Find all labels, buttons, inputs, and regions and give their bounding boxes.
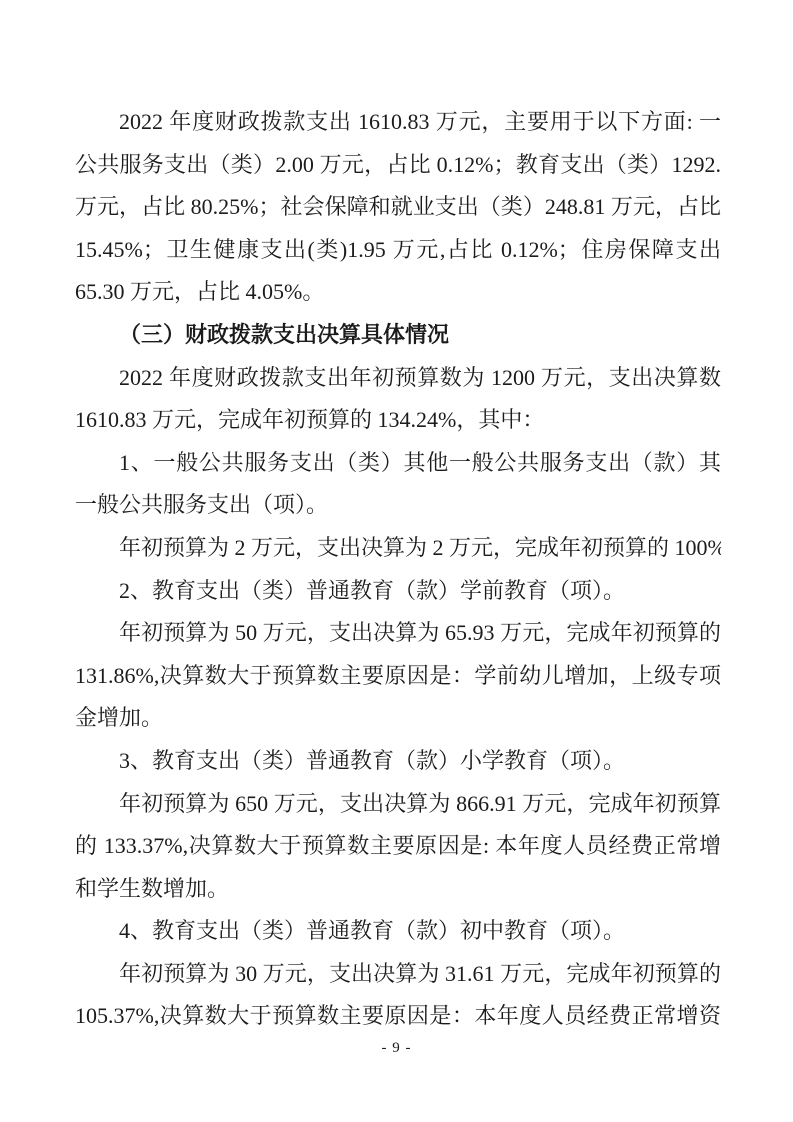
paragraph-line: 65.30 万元，占比 4.05%。 xyxy=(75,271,721,314)
list-item-2-line: 2、教育支出（类）普通教育（款）学前教育（项）。 xyxy=(75,570,721,613)
paragraph-line: 2022 年度财政拨款支出 1610.83 万元，主要用于以下方面: 一般 xyxy=(75,101,721,144)
list-item-1-line: 1、一般公共服务支出（类）其他一般公共服务支出（款）其他 xyxy=(75,442,721,485)
paragraph-line: 万元，占比 80.25%；社会保障和就业支出（类）248.81 万元，占比 xyxy=(75,186,721,229)
paragraph-line: 的 133.37%,决算数大于预算数主要原因是: 本年度人员经费正常增资 xyxy=(75,825,721,868)
paragraph-line: 公共服务支出（类）2.00 万元，占比 0.12%；教育支出（类）1292.77 xyxy=(75,144,721,187)
paragraph-line: 2022 年度财政拨款支出年初预算数为 1200 万元，支出决算数为 xyxy=(75,357,721,400)
paragraph-line: 131.86%,决算数大于预算数主要原因是：学前幼儿增加，上级专项资 xyxy=(75,655,721,698)
paragraph-line: 金增加。 xyxy=(75,697,721,740)
paragraph-line: 1610.83 万元，完成年初预算的 134.24%，其中： xyxy=(75,399,721,442)
list-item-3-line: 3、教育支出（类）普通教育（款）小学教育（项）。 xyxy=(75,740,721,783)
paragraph-line: 15.45%；卫生健康支出(类)1.95 万元,占比 0.12%；住房保障支出(… xyxy=(75,229,721,272)
page-number: - 9 - xyxy=(0,1036,793,1060)
list-item-1-line: 一般公共服务支出（项）。 xyxy=(75,484,721,527)
paragraph-line: 年初预算为 650 万元，支出决算为 866.91 万元，完成年初预算 xyxy=(75,783,721,826)
list-item-4-line: 4、教育支出（类）普通教育（款）初中教育（项）。 xyxy=(75,910,721,953)
paragraph-line: 和学生数增加。 xyxy=(75,868,721,911)
paragraph-line: 年初预算为 50 万元，支出决算为 65.93 万元，完成年初预算的 xyxy=(75,612,721,655)
document-page: 2022 年度财政拨款支出 1610.83 万元，主要用于以下方面: 一般 公共… xyxy=(0,0,793,1122)
paragraph-line: 年初预算为 30 万元，支出决算为 31.61 万元，完成年初预算的 xyxy=(75,953,721,996)
paragraph-line: 105.37%,决算数大于预算数主要原因是：本年度人员经费正常增资和 xyxy=(75,995,721,1038)
paragraph-line: 年初预算为 2 万元，支出决算为 2 万元，完成年初预算的 100%。 xyxy=(75,527,721,570)
section-heading: （三）财政拨款支出决算具体情况 xyxy=(75,314,721,357)
document-body: 2022 年度财政拨款支出 1610.83 万元，主要用于以下方面: 一般 公共… xyxy=(75,101,721,1038)
